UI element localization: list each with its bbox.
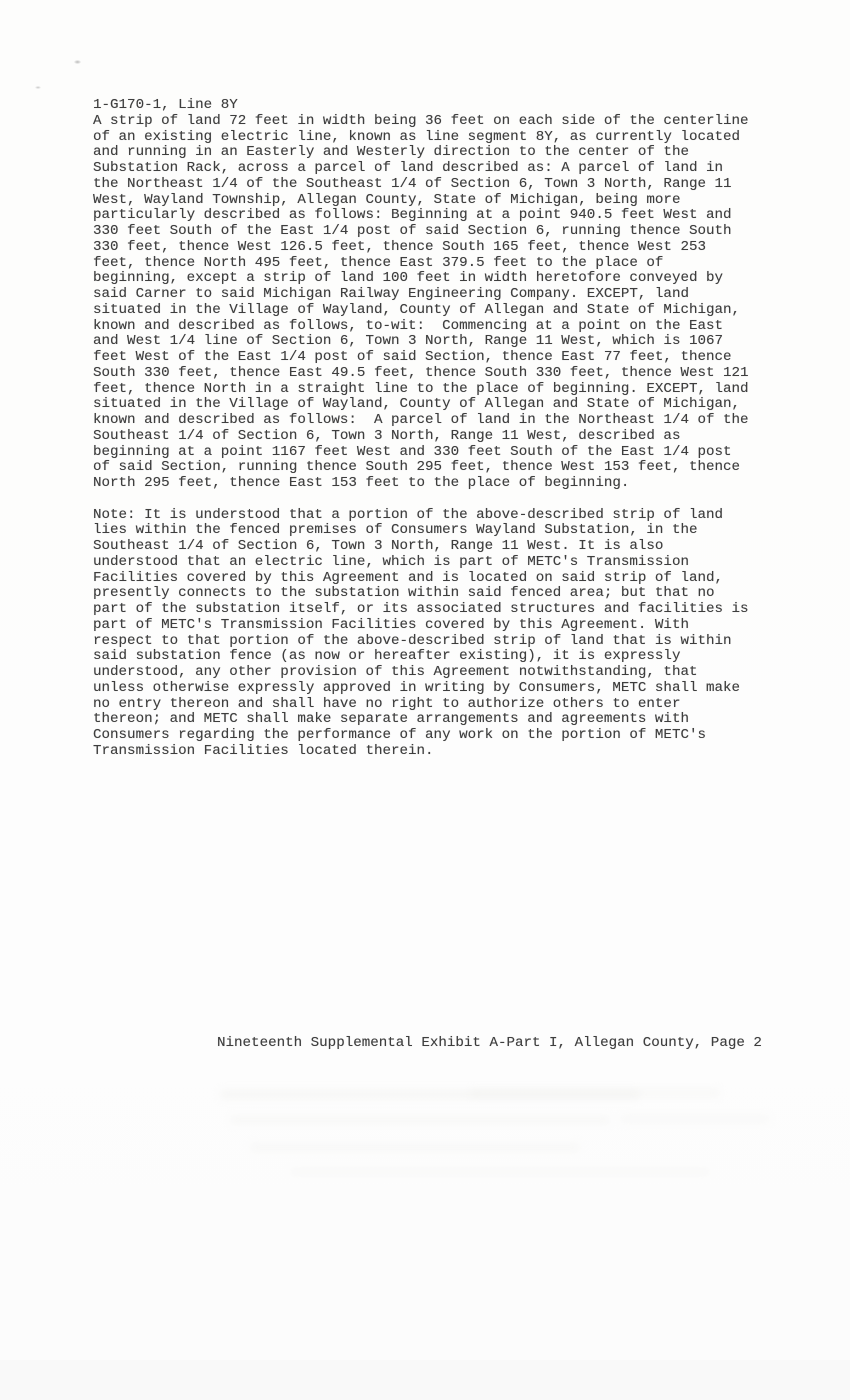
bleed-through-ghost <box>230 1116 610 1124</box>
scan-shading-band <box>0 1360 850 1400</box>
line-segment-heading: 1-G170-1, Line 8Y <box>93 98 773 114</box>
scanned-document-page: 1-G170-1, Line 8Y A strip of land 72 fee… <box>0 0 850 1400</box>
scan-speck <box>35 86 41 89</box>
bleed-through-ghost <box>620 1115 770 1123</box>
document-body: 1-G170-1, Line 8Y A strip of land 72 fee… <box>93 98 773 760</box>
bleed-through-ghost <box>250 1143 580 1152</box>
bleed-through-ghost <box>470 1089 720 1097</box>
note-paragraph: Note: It is understood that a portion of… <box>93 508 773 760</box>
scan-speck <box>74 60 81 64</box>
paragraph-gap <box>93 492 773 508</box>
land-description-paragraph: A strip of land 72 feet in width being 3… <box>93 114 773 492</box>
bleed-through-ghost <box>290 1168 710 1176</box>
exhibit-footer: Nineteenth Supplemental Exhibit A-Part I… <box>217 1036 762 1052</box>
